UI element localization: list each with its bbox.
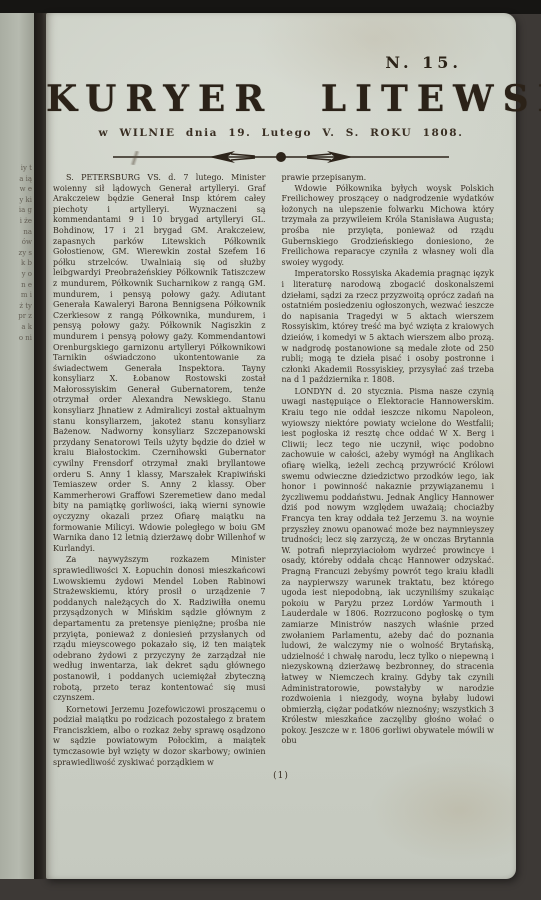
paragraph-freilichowa: Wdowie Półkownika byłych woysk Polskich … (282, 184, 495, 269)
paragraph-petersburg: S. PETERSBURG VS. d. 7 lutego. Minister … (53, 173, 266, 554)
paragraph-lopuchin: Za naywyższym rozkazem Minister sprawied… (53, 555, 266, 703)
adjacent-page-edge: iy ta ią w ey ki ia gi że na ów zy sk by… (0, 13, 34, 879)
dateline: w WILNIE dnia 19. Lutego V. S. ROKU 1808… (46, 127, 516, 139)
divider-ornament (113, 148, 449, 164)
masthead-title: KURYER LITEWSKI (46, 78, 516, 120)
issue-number: N. 15. (46, 53, 462, 72)
paragraph-londyn: LONDYN d. 20 stycznia. Pisma nasze czyni… (282, 387, 495, 747)
paragraph-akademia: Imperatorsko Rossyiska Akademia pragnąc … (282, 269, 495, 386)
adjacent-page-ghost-text: iy ta ią w ey ki ia gi że na ów zy sk by… (18, 163, 32, 343)
photo-edge-top (0, 0, 541, 14)
signature-mark: (1) (46, 771, 516, 781)
paragraph-continuation: prawie przepisanym. (282, 173, 495, 184)
newspaper-page: N. 15. KURYER LITEWSKI w WILNIE dnia 19.… (46, 13, 516, 879)
paragraph-kornet: Kornetowi Jerzemu Jozefowiczowi proszące… (53, 705, 266, 769)
left-column: S. PETERSBURG VS. d. 7 lutego. Minister … (53, 173, 266, 768)
right-column: prawie przepisanym. Wdowie Półkownika by… (282, 173, 495, 768)
article-columns: S. PETERSBURG VS. d. 7 lutego. Minister … (46, 173, 516, 768)
